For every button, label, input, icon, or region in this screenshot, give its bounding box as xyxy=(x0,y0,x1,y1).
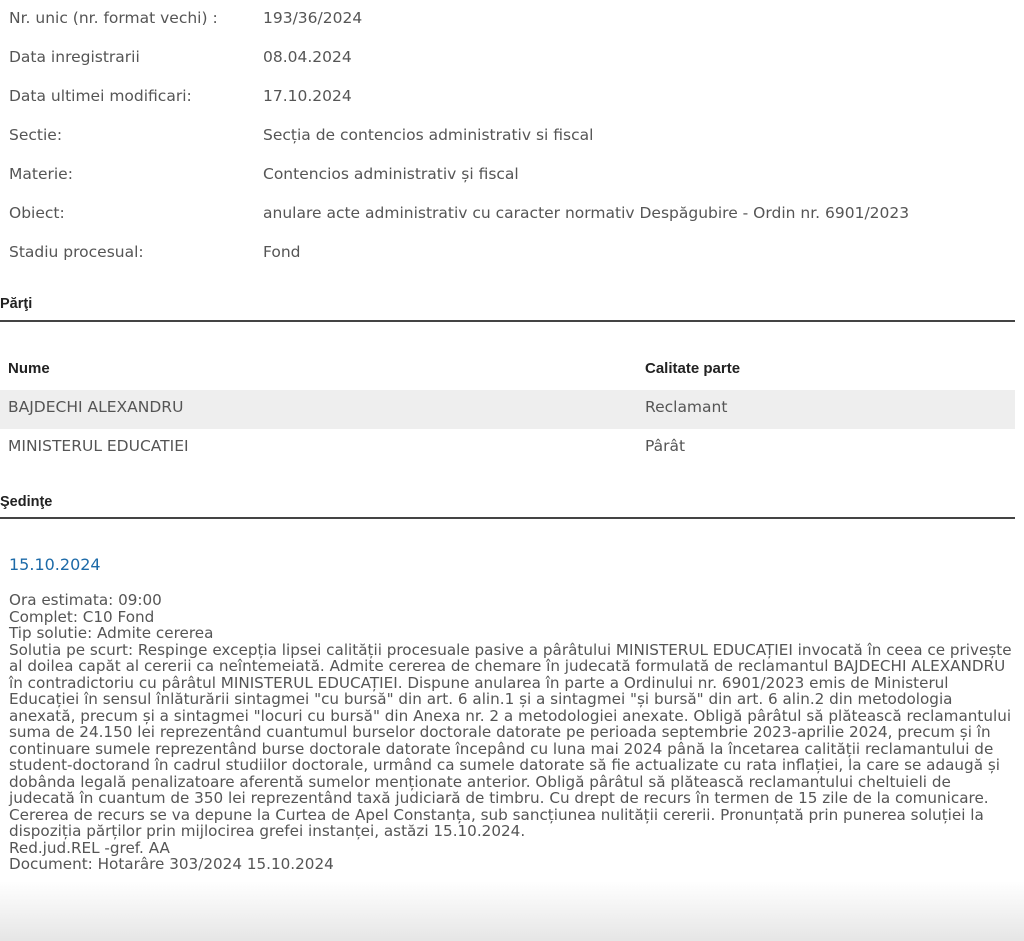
detail-row-obiect: Obiect: anulare acte administrativ cu ca… xyxy=(9,201,1009,240)
header-calitate: Calitate parte xyxy=(645,360,740,377)
session-solutie: Solutia pe scurt: Respinge excepția lips… xyxy=(9,642,1019,840)
detail-label: Data inregistrarii xyxy=(9,45,140,69)
case-details: Nr. unic (nr. format vechi) : 193/36/202… xyxy=(9,6,1009,279)
session-tip-solutie: Tip solutie: Admite cererea xyxy=(9,625,1019,642)
detail-row-data-modificari: Data ultimei modificari: 17.10.2024 xyxy=(9,84,1009,123)
section-title-parti: Părţi xyxy=(0,296,32,312)
table-header: Nume Calitate parte xyxy=(0,350,1015,390)
session-entry: 15.10.2024 Ora estimata: 09:00 Complet: … xyxy=(9,555,1019,873)
session-complet: Complet: C10 Fond xyxy=(9,609,1019,626)
session-date-link[interactable]: 15.10.2024 xyxy=(9,555,1019,574)
detail-row-sectie: Sectie: Secția de contencios administrat… xyxy=(9,123,1009,162)
session-body: Ora estimata: 09:00 Complet: C10 Fond Ti… xyxy=(9,592,1019,873)
detail-row-nr-unic: Nr. unic (nr. format vechi) : 193/36/202… xyxy=(9,6,1009,45)
section-divider xyxy=(0,517,1015,519)
detail-value: Contencios administrativ și fiscal xyxy=(263,162,519,186)
detail-value: Secția de contencios administrativ si fi… xyxy=(263,123,593,147)
detail-label: Stadiu procesual: xyxy=(9,240,144,264)
detail-value: 17.10.2024 xyxy=(263,84,352,108)
session-ora: Ora estimata: 09:00 xyxy=(9,592,1019,609)
bottom-fade xyxy=(0,881,1024,941)
detail-label: Sectie: xyxy=(9,123,62,147)
detail-value: anulare acte administrativ cu caracter n… xyxy=(263,201,909,225)
detail-row-materie: Materie: Contencios administrativ și fis… xyxy=(9,162,1009,201)
detail-row-stadiu: Stadiu procesual: Fond xyxy=(9,240,1009,279)
detail-label: Obiect: xyxy=(9,201,65,225)
detail-value: 193/36/2024 xyxy=(263,6,362,30)
party-role: Pârât xyxy=(645,437,685,455)
detail-label: Data ultimei modificari: xyxy=(9,84,192,108)
session-red: Red.jud.REL -gref. AA xyxy=(9,840,1019,857)
section-divider xyxy=(0,320,1015,322)
section-title-sedinte: Şedinţe xyxy=(0,494,52,510)
parties-table: Nume Calitate parte BAJDECHI ALEXANDRU R… xyxy=(0,350,1015,468)
session-document: Document: Hotarâre 303/2024 15.10.2024 xyxy=(9,856,1019,873)
header-nume: Nume xyxy=(8,360,50,377)
party-name: MINISTERUL EDUCATIEI xyxy=(8,437,189,455)
party-name: BAJDECHI ALEXANDRU xyxy=(8,398,183,416)
detail-label: Materie: xyxy=(9,162,73,186)
table-row: BAJDECHI ALEXANDRU Reclamant xyxy=(0,390,1015,429)
detail-label: Nr. unic (nr. format vechi) : xyxy=(9,6,218,30)
detail-row-data-inregistrarii: Data inregistrarii 08.04.2024 xyxy=(9,45,1009,84)
detail-value: 08.04.2024 xyxy=(263,45,352,69)
party-role: Reclamant xyxy=(645,398,727,416)
detail-value: Fond xyxy=(263,240,301,264)
table-row: MINISTERUL EDUCATIEI Pârât xyxy=(0,429,1015,468)
